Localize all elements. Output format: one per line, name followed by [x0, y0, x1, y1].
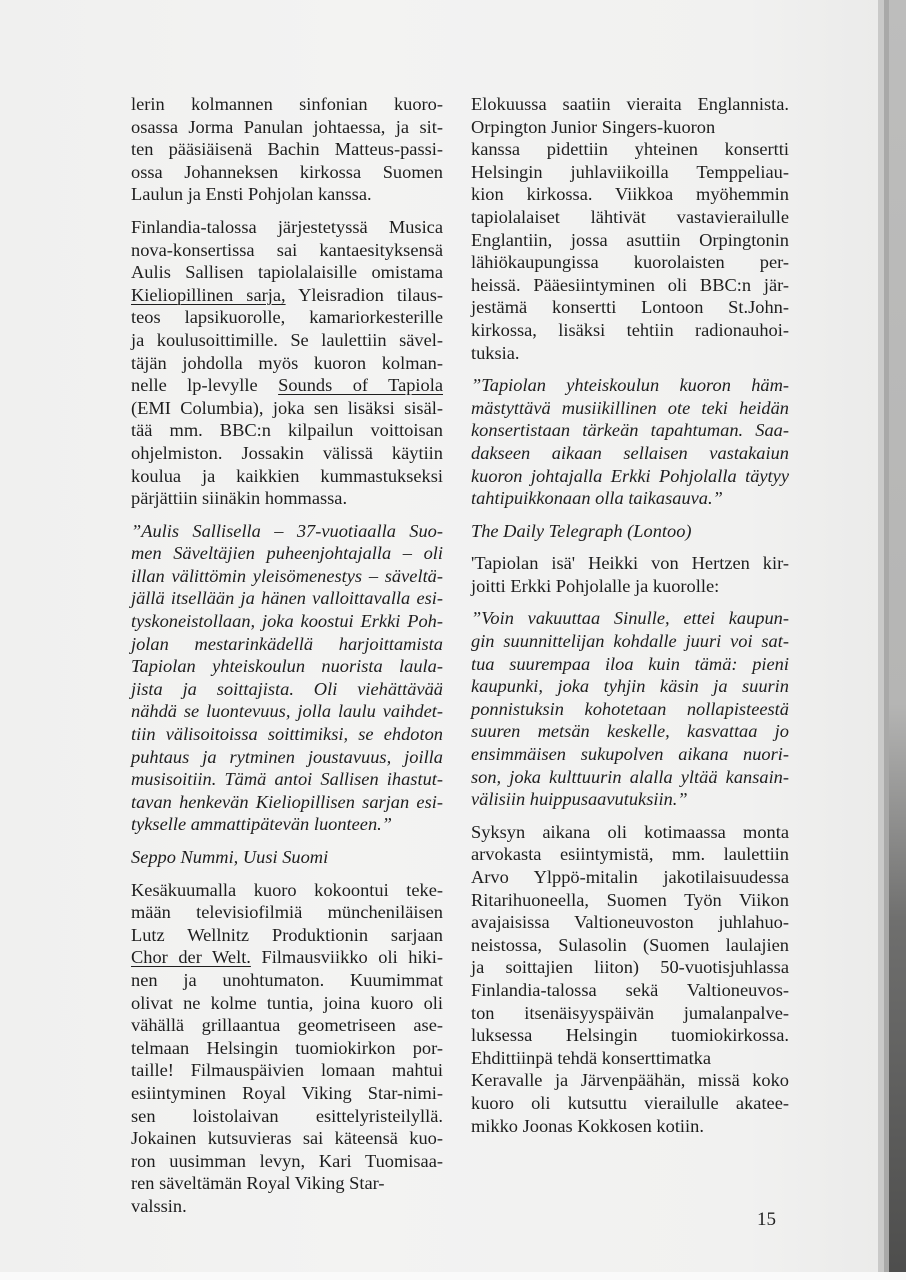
underlined-title: Sounds of Tapiola — [278, 375, 443, 395]
text-line: ton itsenäisyyspäivän jumalanpalve- — [471, 1002, 789, 1025]
text-line: Ehdittiinpä tehdä konserttimatka — [471, 1047, 789, 1070]
text-line: valssin. — [131, 1195, 443, 1218]
page-number: 15 — [757, 1209, 776, 1231]
quote-line: ”Voin vakuuttaa Sinulle, ettei kaupun- — [471, 607, 789, 630]
text-line: ossa Johanneksen kirkossa Suomen — [131, 161, 443, 184]
text-line: mikko Joonas Kokkosen kotiin. — [471, 1115, 789, 1138]
quote-line: Tapiolan yhteiskoulun nuorista laula- — [131, 655, 443, 678]
source-line: Seppo Nummi, Uusi Suomi — [131, 846, 443, 869]
text-line: arvokasta esiintymistä, mm. laulettiin — [471, 843, 789, 866]
quote-line: puhtaus ja rytminen joustavuus, joilla — [131, 746, 443, 769]
quote-line: ensimmäisen sukupolven aikana nuori- — [471, 743, 789, 766]
right-column: Elokuussa saatiin vieraita Englannista. … — [471, 93, 789, 1147]
quote-uusi-suomi: ”Aulis Sallisella – 37-vuotiaalla Suo- m… — [131, 520, 443, 836]
text-line: Helsingin juhlaviikoilla Temppeliau- — [471, 161, 789, 184]
text-line: ohjelmiston. Jossakin välissä käytiin — [131, 442, 443, 465]
quote-line: jista ja soittajista. Oli viehättävää — [131, 678, 443, 701]
text-line: teos lapsikuorolle, kamariorkesterille — [131, 306, 443, 329]
text-line: Jokainen kutsuvieras sai käteensä kuo- — [131, 1127, 443, 1150]
text-line: ja soittajien liiton) 50-vuotisjuhlassa — [471, 956, 789, 979]
text-line: kirkossa, lisäksi tehtiin radionauhoi- — [471, 319, 789, 342]
text-line: täjän johdolla myös kuoron kolman- — [131, 352, 443, 375]
text-line-with-underlined-title: nelle lp-levylle Sounds of Tapiola — [131, 374, 443, 397]
paragraph-von-hertzen: 'Tapiolan isä' Heikki von Hertzen kir- j… — [471, 552, 789, 597]
text-line: Syksyn aikana oli kotimaassa monta — [471, 821, 789, 844]
quote-line: jällä itsellään ja hänen valloittavalla … — [131, 587, 443, 610]
text-line: Englantiin, jossa asuttiin Orpingtonin — [471, 229, 789, 252]
text-line: nova-konsertissa sai kantaesityksensä — [131, 239, 443, 262]
paragraph-musica-nova: Finlandia-talossa järjestetyssä Musica n… — [131, 216, 443, 510]
quote-line: nähdä se luontevuus, jolla laulu vaihdet… — [131, 700, 443, 723]
text-line: taille! Filmauspäivien lomaan mahtui — [131, 1059, 443, 1082]
quote-line: mästyttävä musiikillinen ote teki heidän — [471, 397, 789, 420]
quote-line: tavan henkevän Kieliopillisen sarjan esi… — [131, 791, 443, 814]
text-line: ren säveltämän Royal Viking Star- — [131, 1172, 443, 1195]
text-line: tuksia. — [471, 342, 789, 365]
quote-source-uusi-suomi: Seppo Nummi, Uusi Suomi — [131, 846, 443, 869]
text-line: Finlandia-talossa järjestetyssä Musica — [131, 216, 443, 239]
text-line: Kesäkuumalla kuoro kokoontui teke- — [131, 879, 443, 902]
quote-line: tua suurempaa iloa kuin tämä: pieni — [471, 653, 789, 676]
text-line: 'Tapiolan isä' Heikki von Hertzen kir- — [471, 552, 789, 575]
text-line: Elokuussa saatiin vieraita Englannista. — [471, 93, 789, 116]
text-line: Lutz Wellnitz Produktionin sarjaan — [131, 924, 443, 947]
quote-line: konsertistaan tärkeän tapahtuman. Saa- — [471, 419, 789, 442]
text-line: luksessa Helsingin tuomiokirkossa. — [471, 1024, 789, 1047]
text-line: jestämä konsertti Lontoon St.John- — [471, 296, 789, 319]
text-line: ja koulusoittimille. Se laulettiin sävel… — [131, 329, 443, 352]
text-line: esiintyminen Royal Viking Star-nimi- — [131, 1082, 443, 1105]
quote-line: tiin välisoitoissa soittimiksi, se ehdot… — [131, 723, 443, 746]
text-line: koulua ja kaikkien kummastukseksi — [131, 465, 443, 488]
quote-line: tykselle ammattipätevän luonteen.” — [131, 813, 443, 836]
text-line: joitti Erkki Pohjolalle ja kuorolle: — [471, 575, 789, 598]
quote-source-daily-telegraph: The Daily Telegraph (Lontoo) — [471, 520, 789, 543]
text-line-with-underlined-title: Kieliopillinen sarja, Yleisradion tilaus… — [131, 284, 443, 307]
text-line: tää mm. BBC:n kilpailun voittoisan — [131, 419, 443, 442]
text-line: Keravalle ja Järvenpäähän, missä koko — [471, 1069, 789, 1092]
text-line: mään televisiofilmiä müncheniläisen — [131, 901, 443, 924]
text-line: kuoro oli kutsuttu vierailulle akatee- — [471, 1092, 789, 1115]
underlined-title: Kieliopillinen sarja, — [131, 285, 286, 305]
text-line: Aulis Sallisen tapiolalaisille omistama — [131, 261, 443, 284]
quote-line: tahtipuikkonaan olla taikasauva.” — [471, 487, 789, 510]
quote-line: tyskoneistollaan, joka koostui Erkki Poh… — [131, 610, 443, 633]
quote-line: jolan mestarinkädellä harjoittamista — [131, 633, 443, 656]
underlined-title: Chor der Welt. — [131, 947, 251, 967]
text-line: tapiolalaiset lähtivät vastavierailulle — [471, 206, 789, 229]
source-line: The Daily Telegraph (Lontoo) — [471, 520, 789, 543]
text-line: Arvo Ylppö-mitalin jakotilaisuudessa — [471, 866, 789, 889]
text-line: telmaan Helsingin tuomiokirkon por- — [131, 1037, 443, 1060]
text-line: vähällä grillaantua geometriseen ase- — [131, 1014, 443, 1037]
text-line: sen loistolaivan esittelyristeilyllä. — [131, 1105, 443, 1128]
text-line: nen ja unohtumaton. Kuumimmat — [131, 969, 443, 992]
quote-daily-telegraph: ”Tapiolan yhteiskoulun kuoron häm- mästy… — [471, 374, 789, 510]
text-line: Ritarihuoneella, Suomen Työn Viikon — [471, 889, 789, 912]
quote-line: kuoron johtajalla Erkki Pohjolalla täyty… — [471, 465, 789, 488]
quote-line: musisoitiin. Tämä antoi Sallisen ihastut… — [131, 768, 443, 791]
text-line: lähiökaupungissa kuorolaisten per- — [471, 251, 789, 274]
text-line: kanssa pidettiin yhteinen konsertti — [471, 138, 789, 161]
paragraph-symphony: lerin kolmannen sinfonian kuoro- osassa … — [131, 93, 443, 206]
quote-line: välisiin huippusaavutuksiin.” — [471, 788, 789, 811]
quote-line: ”Aulis Sallisella – 37-vuotiaalla Suo- — [131, 520, 443, 543]
text-line: olivat ne kolme tuntia, joina kuoro oli — [131, 992, 443, 1015]
text-line: (EMI Columbia), joka sen lisäksi sisäl- — [131, 397, 443, 420]
text-line: neistossa, Sulasolin (Suomen laulajien — [471, 934, 789, 957]
quote-line: illan välittömin yleisömenestys – sävelt… — [131, 565, 443, 588]
text-line: Orpington Junior Singers-kuoron — [471, 116, 789, 139]
quote-von-hertzen: ”Voin vakuuttaa Sinulle, ettei kaupun- g… — [471, 607, 789, 810]
text-line: avajaisissa Valtioneuvoston juhlahuo- — [471, 911, 789, 934]
paragraph-autumn-performances: Syksyn aikana oli kotimaassa monta arvok… — [471, 821, 789, 1137]
quote-line: dakseen aikaan sellaisen vastakaiun — [471, 442, 789, 465]
text-line: osassa Jorma Panulan johtaessa, ja sit- — [131, 116, 443, 139]
quote-line: ponnistuksin kohotetaan nollapisteestä — [471, 698, 789, 721]
quote-line: suuren metsän keskelle, kasvattaa jo — [471, 720, 789, 743]
page-bottom-margin — [0, 1272, 906, 1280]
text-line: pärjättiin siinäkin hommassa. — [131, 487, 443, 510]
text-line-with-underlined-title: Chor der Welt. Filmausviikko oli hiki- — [131, 946, 443, 969]
quote-line: son, joka kulttuurin alalla yltää kansai… — [471, 766, 789, 789]
text-line: Laulun ja Ensti Pohjolan kanssa. — [131, 183, 443, 206]
quote-line: kaupunki, joka tyhjin käsin ja suurin — [471, 675, 789, 698]
text-line: ron uusimman levyn, Kari Tuomisaa- — [131, 1150, 443, 1173]
text-line: Finlandia-talossa sekä Valtioneuvos- — [471, 979, 789, 1002]
paragraph-orpington: Elokuussa saatiin vieraita Englannista. … — [471, 93, 789, 364]
text-line: kion kirkossa. Viikkoa myöhemmin — [471, 183, 789, 206]
text-line: ten pääsiäisenä Bachin Matteus-passi- — [131, 138, 443, 161]
page-edge-outer — [889, 0, 906, 1280]
quote-line: men Säveltäjien puheenjohtajalla – oli — [131, 542, 443, 565]
text-line: heissä. Pääesiintyminen oli BBC:n jär- — [471, 274, 789, 297]
paragraph-chor-der-welt: Kesäkuumalla kuoro kokoontui teke- mään … — [131, 879, 443, 1218]
quote-line: gin suunnittelijan kohdalle juuri voi sa… — [471, 630, 789, 653]
left-column: lerin kolmannen sinfonian kuoro- osassa … — [131, 93, 443, 1228]
quote-line: ”Tapiolan yhteiskoulun kuoron häm- — [471, 374, 789, 397]
text-line: lerin kolmannen sinfonian kuoro- — [131, 93, 443, 116]
